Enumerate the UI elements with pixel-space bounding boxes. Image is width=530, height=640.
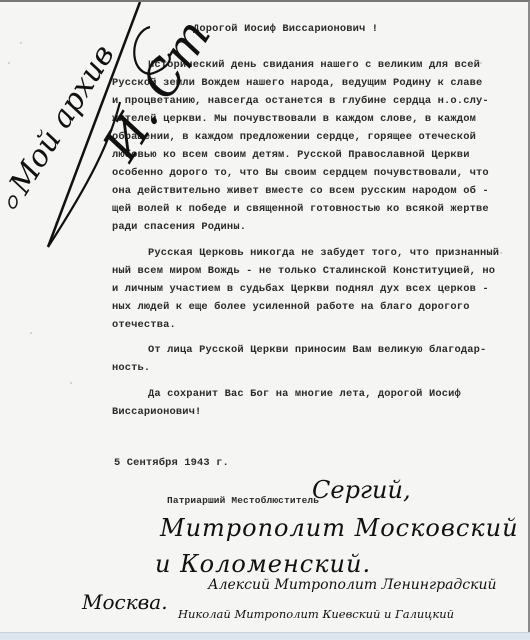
window-bottom-edge — [0, 632, 530, 640]
ink-strokes — [0, 2, 530, 640]
scanned-letter-page: Дорогой Иосиф Виссарионович ! Историческ… — [0, 0, 530, 634]
